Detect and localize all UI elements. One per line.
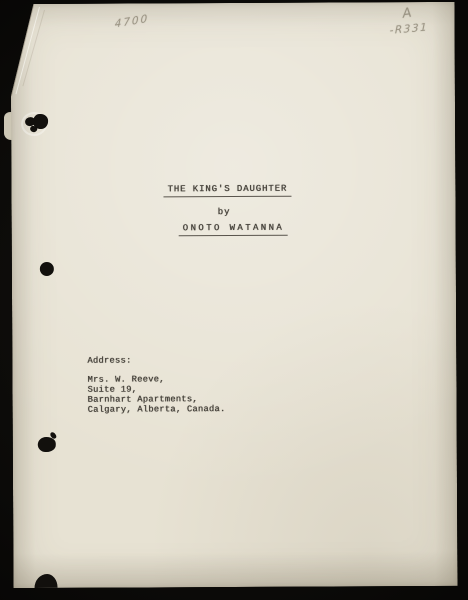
address-lines: Mrs. W. Reeve, Suite 19, Barnhart Apartm…: [87, 374, 225, 415]
punch-hole-middle: [40, 262, 54, 276]
document-title-text: THE KING'S DAUGHTER: [163, 184, 291, 198]
manuscript-title-page: 4700 A -R331 THE KING'S DAUGHTER by ONOT…: [10, 2, 457, 588]
pencil-annotation-letter: A: [401, 6, 412, 22]
punch-hole-bottom-edge: [34, 574, 57, 588]
byline: by: [218, 207, 231, 217]
address-label: Address:: [87, 355, 225, 366]
address-line: Calgary, Alberta, Canada.: [88, 404, 226, 415]
author-name: ONOTO WATANNA: [179, 223, 288, 237]
document-title: THE KING'S DAUGHTER: [163, 184, 291, 198]
pencil-annotation-catalog-number: -R331: [390, 21, 429, 37]
punch-hole-top-lobe: [25, 117, 35, 126]
punch-hole-lower: [38, 437, 56, 452]
author-name-text: ONOTO WATANNA: [179, 223, 288, 237]
address-block: Address: Mrs. W. Reeve, Suite 19, Barnha…: [87, 355, 225, 415]
folded-corner-crease: [10, 4, 91, 124]
scanned-document: 4700 A -R331 THE KING'S DAUGHTER by ONOT…: [0, 0, 468, 600]
pencil-annotation-top-left: 4700: [115, 13, 149, 31]
